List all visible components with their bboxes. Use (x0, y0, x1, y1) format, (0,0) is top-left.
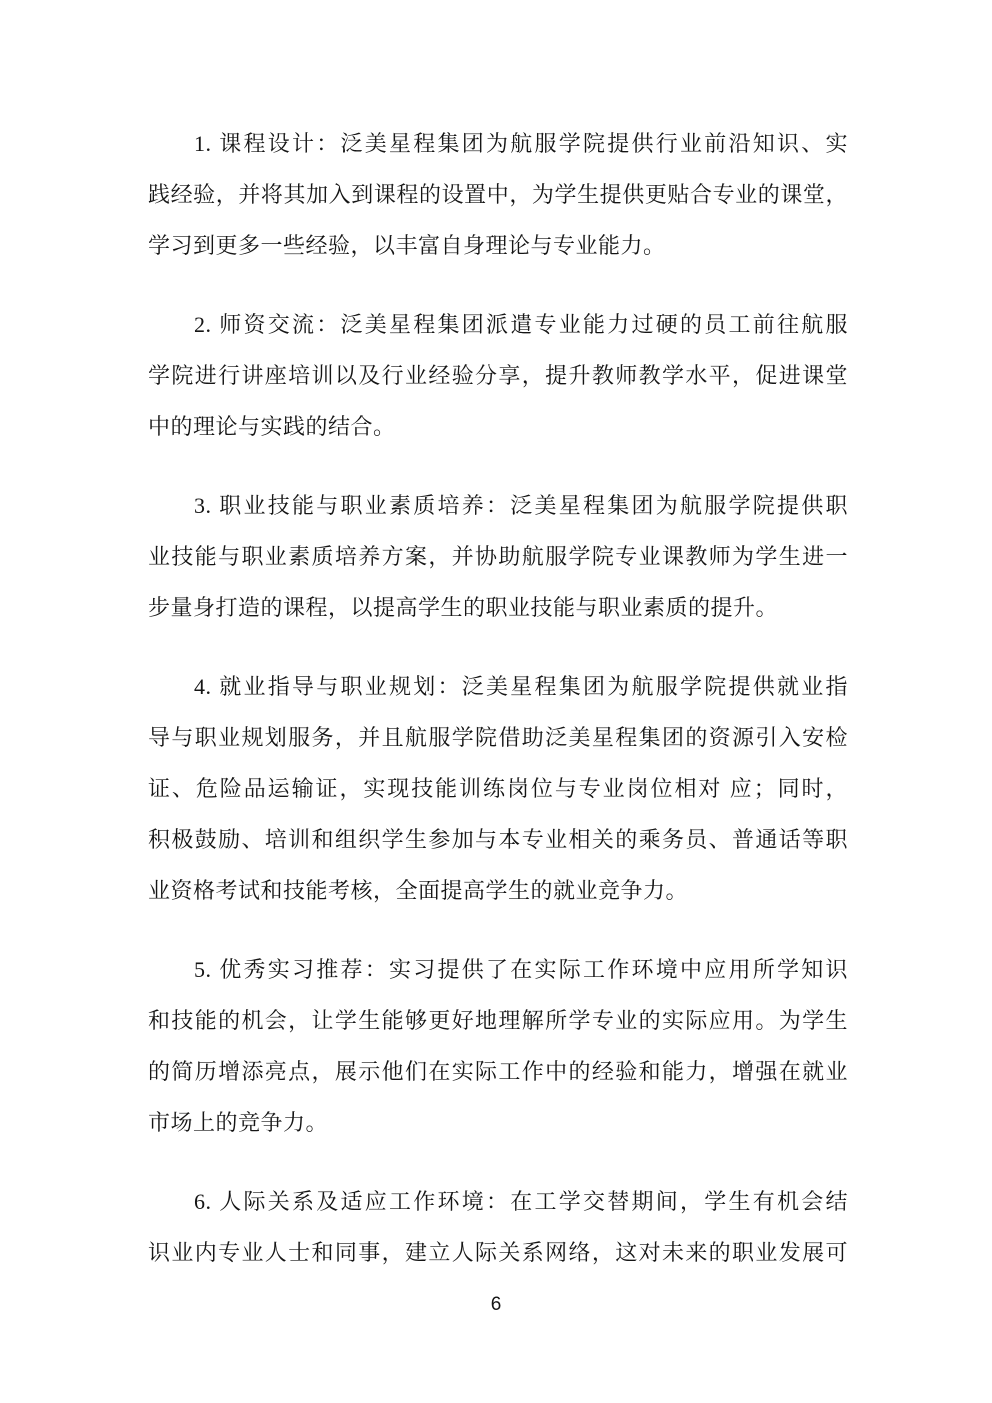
text-line: 业资格考试和技能考核，全面提高学生的就业竞争力。 (148, 865, 848, 916)
text-line: 3. 职业技能与职业素质培养：泛美星程集团为航服学院提供职 (148, 480, 848, 531)
text-line: 步量身打造的课程，以提高学生的职业技能与职业素质的提升。 (148, 582, 848, 633)
text-line: 市场上的竞争力。 (148, 1097, 848, 1148)
text-line: 学习到更多一些经验，以丰富自身理论与专业能力。 (148, 220, 848, 271)
document-page: 1. 课程设计：泛美星程集团为航服学院提供行业前沿知识、实 践经验，并将其加入到… (0, 0, 992, 1403)
text-line: 积极鼓励、培训和组织学生参加与本专业相关的乘务员、普通话等职 (148, 814, 848, 865)
text-line: 4. 就业指导与职业规划：泛美星程集团为航服学院提供就业指 (148, 661, 848, 712)
text-line: 6. 人际关系及适应工作环境：在工学交替期间，学生有机会结 (148, 1176, 848, 1227)
text-line: 1. 课程设计：泛美星程集团为航服学院提供行业前沿知识、实 (148, 118, 848, 169)
paragraph-5-internship-recommendation: 5. 优秀实习推荐：实习提供了在实际工作环境中应用所学知识 和技能的机会，让学生… (148, 944, 848, 1148)
text-line: 践经验，并将其加入到课程的设置中，为学生提供更贴合专业的课堂， (148, 169, 848, 220)
paragraph-3-vocational-skills: 3. 职业技能与职业素质培养：泛美星程集团为航服学院提供职 业技能与职业素质培养… (148, 480, 848, 633)
text-line: 5. 优秀实习推荐：实习提供了在实际工作环境中应用所学知识 (148, 944, 848, 995)
text-line: 中的理论与实践的结合。 (148, 401, 848, 452)
document-body: 1. 课程设计：泛美星程集团为航服学院提供行业前沿知识、实 践经验，并将其加入到… (148, 118, 848, 1306)
text-line: 学院进行讲座培训以及行业经验分享，提升教师教学水平，促进课堂 (148, 350, 848, 401)
text-line: 识业内专业人士和同事，建立人际关系网络，这对未来的职业发展可 (148, 1227, 848, 1278)
text-line: 导与职业规划服务，并且航服学院借助泛美星程集团的资源引入安检 (148, 712, 848, 763)
text-line: 和技能的机会，让学生能够更好地理解所学专业的实际应用。为学生 (148, 995, 848, 1046)
text-line: 证、危险品运输证，实现技能训练岗位与专业岗位相对 应；同时， (148, 763, 848, 814)
paragraph-4-career-guidance: 4. 就业指导与职业规划：泛美星程集团为航服学院提供就业指 导与职业规划服务，并… (148, 661, 848, 916)
paragraph-1-course-design: 1. 课程设计：泛美星程集团为航服学院提供行业前沿知识、实 践经验，并将其加入到… (148, 118, 848, 271)
text-line: 业技能与职业素质培养方案，并协助航服学院专业课教师为学生进一 (148, 531, 848, 582)
text-line: 2. 师资交流：泛美星程集团派遣专业能力过硬的员工前往航服 (148, 299, 848, 350)
paragraph-2-teacher-exchange: 2. 师资交流：泛美星程集团派遣专业能力过硬的员工前往航服 学院进行讲座培训以及… (148, 299, 848, 452)
paragraph-6-interpersonal-relations: 6. 人际关系及适应工作环境：在工学交替期间，学生有机会结 识业内专业人士和同事… (148, 1176, 848, 1278)
page-number: 6 (0, 1294, 992, 1316)
text-line: 的简历增添亮点，展示他们在实际工作中的经验和能力，增强在就业 (148, 1046, 848, 1097)
